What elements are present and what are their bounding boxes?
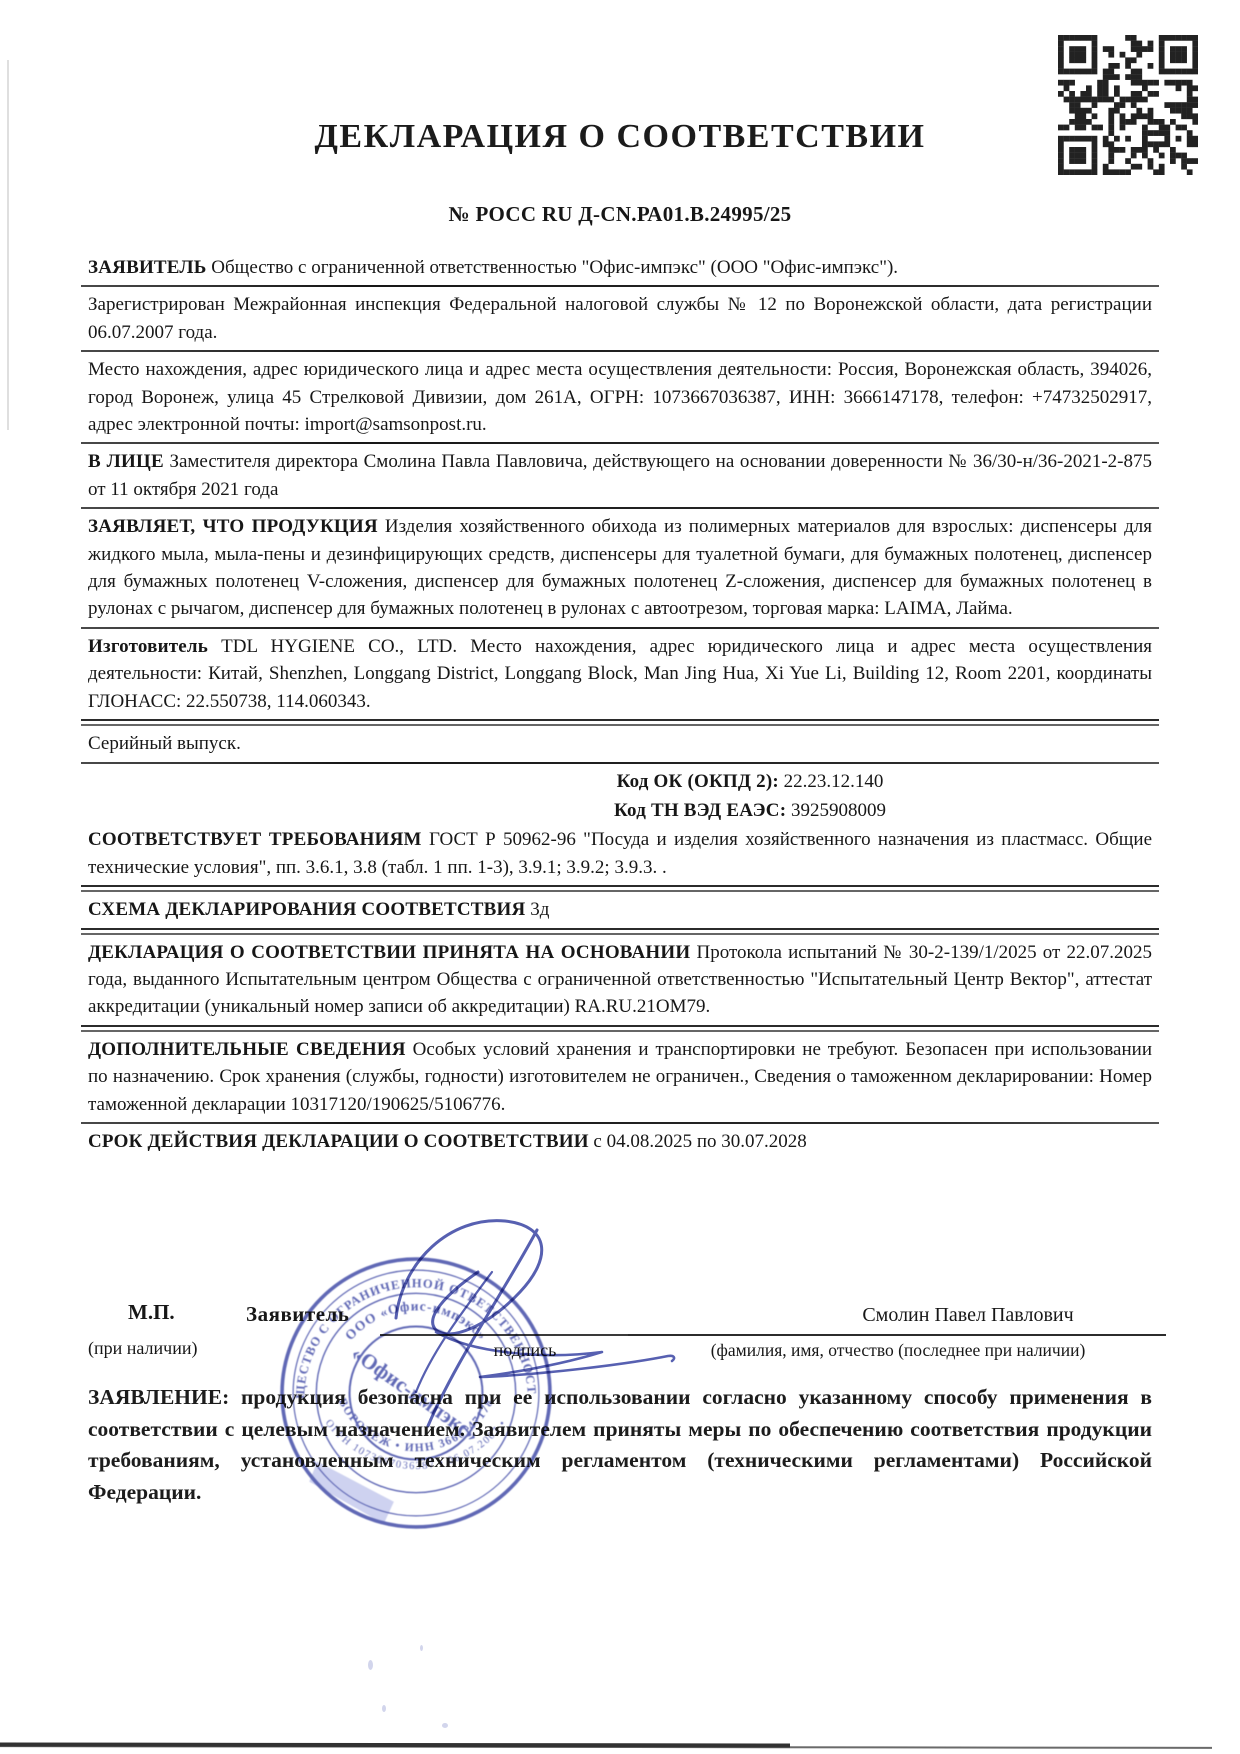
section-applicant: ЗАЯВИТЕЛЬ Общество с ограниченной ответс…	[88, 253, 1152, 282]
section-label: Код ОК (ОКПД 2):	[617, 771, 779, 792]
section-label: СРОК ДЕЙСТВИЯ ДЕКЛАРАЦИИ О СООТВЕТСТВИИ	[88, 1131, 589, 1152]
statement-label: ЗАЯВЛЕНИЕ:	[88, 1385, 229, 1409]
section-divider	[81, 1122, 1159, 1124]
section-basis: ДЕКЛАРАЦИЯ О СООТВЕТСТВИИ ПРИНЯТА НА ОСН…	[88, 938, 1152, 1022]
section-text: TDL HYGIENE CO., LTD. Место нахождения, …	[88, 636, 1152, 712]
section-label: Код ТН ВЭД ЕАЭС:	[614, 800, 786, 821]
stamp-smudge	[309, 1461, 394, 1523]
section-divider	[81, 762, 1159, 764]
section-tnved-code: Код ТН ВЭД ЕАЭС: 3925908009	[88, 796, 1152, 825]
section-text: Заместителя директора Смолина Павла Павл…	[88, 451, 1152, 499]
section-label: ЗАЯВИТЕЛЬ	[88, 257, 207, 278]
scan-fold-line	[7, 60, 9, 430]
section-divider	[81, 719, 1159, 727]
section-divider	[81, 285, 1159, 287]
section-label: СООТВЕТСТВУЕТ ТРЕБОВАНИЯМ	[88, 829, 422, 850]
section-text: 3д	[525, 899, 549, 920]
sections-container: ЗАЯВИТЕЛЬ Общество с ограниченной ответс…	[88, 253, 1152, 1156]
section-text: 22.23.12.140	[779, 771, 884, 792]
section-text: Общество с ограниченной ответственностью…	[207, 257, 898, 278]
section-divider	[81, 1025, 1159, 1033]
section-serial-issue: Серийный выпуск.	[88, 729, 1152, 758]
section-declaration-scheme: СХЕМА ДЕКЛАРИРОВАНИЯ СООТВЕТСТВИЯ 3д	[88, 895, 1152, 924]
stamp-place-note: (при наличии)	[88, 1338, 197, 1359]
section-text: 3925908009	[786, 800, 886, 821]
section-text: Серийный выпуск.	[88, 733, 241, 754]
ink-speck	[382, 1705, 386, 1712]
section-label: В ЛИЦЕ	[88, 451, 164, 472]
section-label: ЗАЯВЛЯЕТ, ЧТО ПРОДУКЦИЯ	[88, 516, 378, 537]
document-content: ДЕКЛАРАЦИЯ О СООТВЕТСТВИИ № РОСС RU Д-CN…	[88, 0, 1152, 1156]
section-text: Зарегистрирован Межрайонная инспекция Фе…	[88, 294, 1152, 342]
document-title: ДЕКЛАРАЦИЯ О СООТВЕТСТВИИ	[88, 116, 1152, 158]
section-additional-info: ДОПОЛНИТЕЛЬНЫЕ СВЕДЕНИЯ Особых условий х…	[88, 1035, 1152, 1119]
section-represented-by: В ЛИЦЕ Заместителя директора Смолина Пав…	[88, 447, 1152, 504]
section-divider	[81, 928, 1159, 936]
section-label: ДОПОЛНИТЕЛЬНЫЕ СВЕДЕНИЯ	[88, 1039, 406, 1060]
section-divider	[81, 350, 1159, 352]
section-divider	[81, 507, 1159, 509]
section-conforms-to: СООТВЕТСТВУЕТ ТРЕБОВАНИЯМ ГОСТ Р 50962-9…	[88, 825, 1152, 882]
declaration-document: ДЕКЛАРАЦИЯ О СООТВЕТСТВИИ № РОСС RU Д-CN…	[0, 0, 1240, 1754]
handwritten-signature	[360, 1180, 880, 1450]
section-okpd-code: Код ОК (ОКПД 2): 22.23.12.140	[88, 767, 1152, 796]
section-label: Изготовитель	[88, 636, 208, 657]
section-manufacturer: Изготовитель TDL HYGIENE CO., LTD. Место…	[88, 632, 1152, 716]
section-divider	[81, 442, 1159, 444]
section-divider	[81, 627, 1159, 629]
ink-speck	[420, 1645, 423, 1651]
section-text: Место нахождения, адрес юридического лиц…	[88, 359, 1152, 435]
section-label: СХЕМА ДЕКЛАРИРОВАНИЯ СООТВЕТСТВИЯ	[88, 899, 525, 920]
ink-speck	[368, 1660, 373, 1670]
section-divider	[81, 885, 1159, 893]
section-address: Место нахождения, адрес юридического лиц…	[88, 355, 1152, 439]
section-validity: СРОК ДЕЙСТВИЯ ДЕКЛАРАЦИИ О СООТВЕТСТВИИ …	[88, 1127, 1152, 1156]
section-product: ЗАЯВЛЯЕТ, ЧТО ПРОДУКЦИЯ Изделия хозяйств…	[88, 512, 1152, 624]
stamp-place-label: М.П.	[128, 1300, 175, 1325]
section-registration: Зарегистрирован Межрайонная инспекция Фе…	[88, 290, 1152, 347]
section-text: с 04.08.2025 по 30.07.2028	[589, 1131, 807, 1152]
document-number: № РОСС RU Д-CN.РА01.В.24995/25	[88, 202, 1152, 227]
section-label: ДЕКЛАРАЦИЯ О СООТВЕТСТВИИ ПРИНЯТА НА ОСН…	[88, 942, 690, 963]
ink-speck	[442, 1723, 448, 1728]
